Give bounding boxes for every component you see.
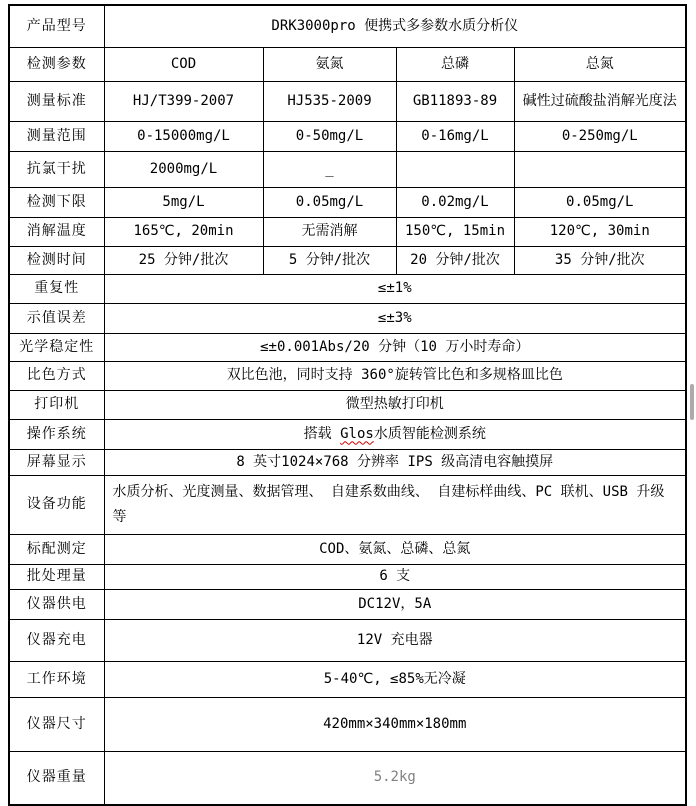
row-label: 批处理量 bbox=[9, 564, 104, 589]
spec-value-cell: DC12V，5A bbox=[104, 589, 686, 619]
row-label: 仪器重量 bbox=[9, 751, 104, 805]
spec-value-cell bbox=[396, 151, 514, 187]
table-row: 检测参数COD氨氮总磷总氮 bbox=[9, 47, 686, 81]
row-label: 光学稳定性 bbox=[9, 333, 104, 361]
table-row: 仪器供电DC12V，5A bbox=[9, 589, 686, 619]
row-label: 测量范围 bbox=[9, 121, 104, 151]
row-label: 示值误差 bbox=[9, 303, 104, 333]
spec-value-cell: _ bbox=[263, 151, 396, 187]
row-label: 操作系统 bbox=[9, 419, 104, 449]
spec-value-cell: 微型热敏打印机 bbox=[104, 390, 686, 419]
row-label: 设备功能 bbox=[9, 475, 104, 534]
spec-value-cell: DRK3000pro 便携式多参数水质分析仪 bbox=[104, 5, 686, 47]
spec-value-cell: ≤±3% bbox=[104, 303, 686, 333]
row-label: 工作环境 bbox=[9, 661, 104, 697]
spec-value-cell: 6 支 bbox=[104, 564, 686, 589]
table-row: 仪器尺寸420mm×340mm×180mm bbox=[9, 697, 686, 751]
spec-value-cell: 氨氮 bbox=[263, 47, 396, 81]
spec-value-cell: 5.2kg bbox=[104, 751, 686, 805]
row-label: 仪器供电 bbox=[9, 589, 104, 619]
spec-value-cell: ≤±1% bbox=[104, 274, 686, 303]
table-row: 打印机微型热敏打印机 bbox=[9, 390, 686, 419]
spec-value-cell: GB11893-89 bbox=[396, 81, 514, 121]
spec-value-cell: 0-250mg/L bbox=[514, 121, 686, 151]
table-row: 消解温度165℃, 20min无需消解150℃, 15min120℃, 30mi… bbox=[9, 217, 686, 246]
table-row: 检测下限5mg/L0.05mg/L0.02mg/L0.05mg/L bbox=[9, 187, 686, 217]
table-row: 批处理量6 支 bbox=[9, 564, 686, 589]
scrollbar-thumb[interactable] bbox=[690, 384, 694, 420]
row-label: 标配测定 bbox=[9, 534, 104, 564]
spec-value-cell: 5 分钟/批次 bbox=[263, 246, 396, 274]
row-label: 检测下限 bbox=[9, 187, 104, 217]
spec-value-cell: 碱性过硫酸盐消解光度法 bbox=[514, 81, 686, 121]
spec-table: 产品型号DRK3000pro 便携式多参数水质分析仪检测参数COD氨氮总磷总氮测… bbox=[8, 4, 687, 806]
table-row: 仪器充电12V 充电器 bbox=[9, 619, 686, 661]
spec-value-cell: 25 分钟/批次 bbox=[104, 246, 263, 274]
text-segment: 水质智能检测系统 bbox=[374, 426, 486, 442]
spec-value-cell: 5-40℃, ≤85%无冷凝 bbox=[104, 661, 686, 697]
table-row: 设备功能水质分析、光度测量、数据管理、 自建系数曲线、 自建标样曲线、PC 联机… bbox=[9, 475, 686, 534]
table-row: 抗氯干扰2000mg/L_ bbox=[9, 151, 686, 187]
spec-value-cell bbox=[514, 151, 686, 187]
spec-value-cell: ≤±0.001Abs/20 分钟（10 万小时寿命） bbox=[104, 333, 686, 361]
spec-value-cell: 0-16mg/L bbox=[396, 121, 514, 151]
spec-value-cell: COD、氨氮、总磷、总氮 bbox=[104, 534, 686, 564]
spec-value-cell: 0.05mg/L bbox=[263, 187, 396, 217]
spec-value-cell: 0-50mg/L bbox=[263, 121, 396, 151]
spec-value-cell: HJ535-2009 bbox=[263, 81, 396, 121]
spec-value-cell: COD bbox=[104, 47, 263, 81]
spec-value-cell: 8 英寸1024×768 分辨率 IPS 级高清电容触摸屏 bbox=[104, 449, 686, 475]
spec-value-cell: 搭载 Glos水质智能检测系统 bbox=[104, 419, 686, 449]
row-label: 屏幕显示 bbox=[9, 449, 104, 475]
table-row: 检测时间25 分钟/批次5 分钟/批次20 分钟/批次35 分钟/批次 bbox=[9, 246, 686, 274]
table-row: 工作环境5-40℃, ≤85%无冷凝 bbox=[9, 661, 686, 697]
row-label: 仪器尺寸 bbox=[9, 697, 104, 751]
spec-value-cell: 0-15000mg/L bbox=[104, 121, 263, 151]
table-row: 产品型号DRK3000pro 便携式多参数水质分析仪 bbox=[9, 5, 686, 47]
spec-value-cell: 0.02mg/L bbox=[396, 187, 514, 217]
spec-value-cell: 420mm×340mm×180mm bbox=[104, 697, 686, 751]
table-row: 标配测定COD、氨氮、总磷、总氮 bbox=[9, 534, 686, 564]
spec-value-cell: 水质分析、光度测量、数据管理、 自建系数曲线、 自建标样曲线、PC 联机、USB… bbox=[104, 475, 686, 534]
spec-value-cell: 165℃, 20min bbox=[104, 217, 263, 246]
spec-value-cell: 无需消解 bbox=[263, 217, 396, 246]
row-label: 比色方式 bbox=[9, 361, 104, 390]
table-row: 屏幕显示8 英寸1024×768 分辨率 IPS 级高清电容触摸屏 bbox=[9, 449, 686, 475]
table-row: 光学稳定性≤±0.001Abs/20 分钟（10 万小时寿命） bbox=[9, 333, 686, 361]
spellcheck-flagged-word: Glos bbox=[340, 426, 374, 442]
spec-value-cell: 150℃, 15min bbox=[396, 217, 514, 246]
document-page: 产品型号DRK3000pro 便携式多参数水质分析仪检测参数COD氨氮总磷总氮测… bbox=[0, 0, 696, 806]
spec-value-cell: 35 分钟/批次 bbox=[514, 246, 686, 274]
row-label: 重复性 bbox=[9, 274, 104, 303]
spec-value-cell: 0.05mg/L bbox=[514, 187, 686, 217]
row-label: 仪器充电 bbox=[9, 619, 104, 661]
table-row: 测量标准HJ/T399-2007HJ535-2009GB11893-89碱性过硫… bbox=[9, 81, 686, 121]
table-row: 操作系统搭载 Glos水质智能检测系统 bbox=[9, 419, 686, 449]
row-label: 测量标准 bbox=[9, 81, 104, 121]
table-row: 仪器重量5.2kg bbox=[9, 751, 686, 805]
spec-value-cell: 12V 充电器 bbox=[104, 619, 686, 661]
spec-value-cell: 总氮 bbox=[514, 47, 686, 81]
table-row: 示值误差≤±3% bbox=[9, 303, 686, 333]
row-label: 打印机 bbox=[9, 390, 104, 419]
row-label: 消解温度 bbox=[9, 217, 104, 246]
table-row: 比色方式双比色池，同时支持 360°旋转管比色和多规格皿比色 bbox=[9, 361, 686, 390]
table-row: 重复性≤±1% bbox=[9, 274, 686, 303]
spec-value-cell: 20 分钟/批次 bbox=[396, 246, 514, 274]
row-label: 抗氯干扰 bbox=[9, 151, 104, 187]
spec-value-cell: HJ/T399-2007 bbox=[104, 81, 263, 121]
spec-value-cell: 双比色池，同时支持 360°旋转管比色和多规格皿比色 bbox=[104, 361, 686, 390]
row-label: 产品型号 bbox=[9, 5, 104, 47]
spec-value-cell: 120℃, 30min bbox=[514, 217, 686, 246]
row-label: 检测参数 bbox=[9, 47, 104, 81]
spec-value-cell: 5mg/L bbox=[104, 187, 263, 217]
spec-value-cell: 总磷 bbox=[396, 47, 514, 81]
spec-value-cell: 2000mg/L bbox=[104, 151, 263, 187]
table-row: 测量范围0-15000mg/L0-50mg/L0-16mg/L0-250mg/L bbox=[9, 121, 686, 151]
text-segment: 搭载 bbox=[304, 426, 340, 442]
row-label: 检测时间 bbox=[9, 246, 104, 274]
